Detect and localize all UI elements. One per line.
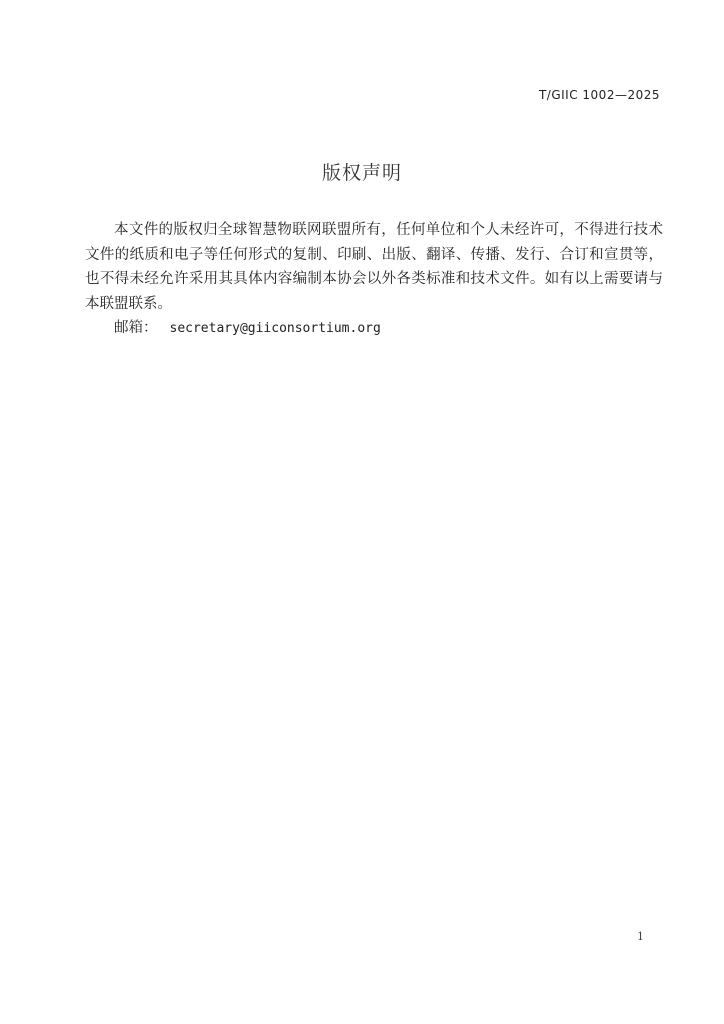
email-label: 邮箱： — [114, 320, 158, 336]
contact-email-line: 邮箱：secretary@giiconsortium.org — [85, 316, 663, 342]
copyright-paragraph: 本文件的版权归全球智慧物联网联盟所有，任何单位和个人未经许可，不得进行技术文件的… — [85, 218, 663, 316]
email-address: secretary@giiconsortium.org — [170, 321, 381, 336]
page-title: 版权声明 — [0, 158, 724, 185]
document-identifier: T/GIIC 1002—2025 — [539, 88, 660, 102]
copyright-statement: 本文件的版权归全球智慧物联网联盟所有，任何单位和个人未经许可，不得进行技术文件的… — [85, 218, 663, 342]
page-number: 1 — [637, 930, 644, 943]
